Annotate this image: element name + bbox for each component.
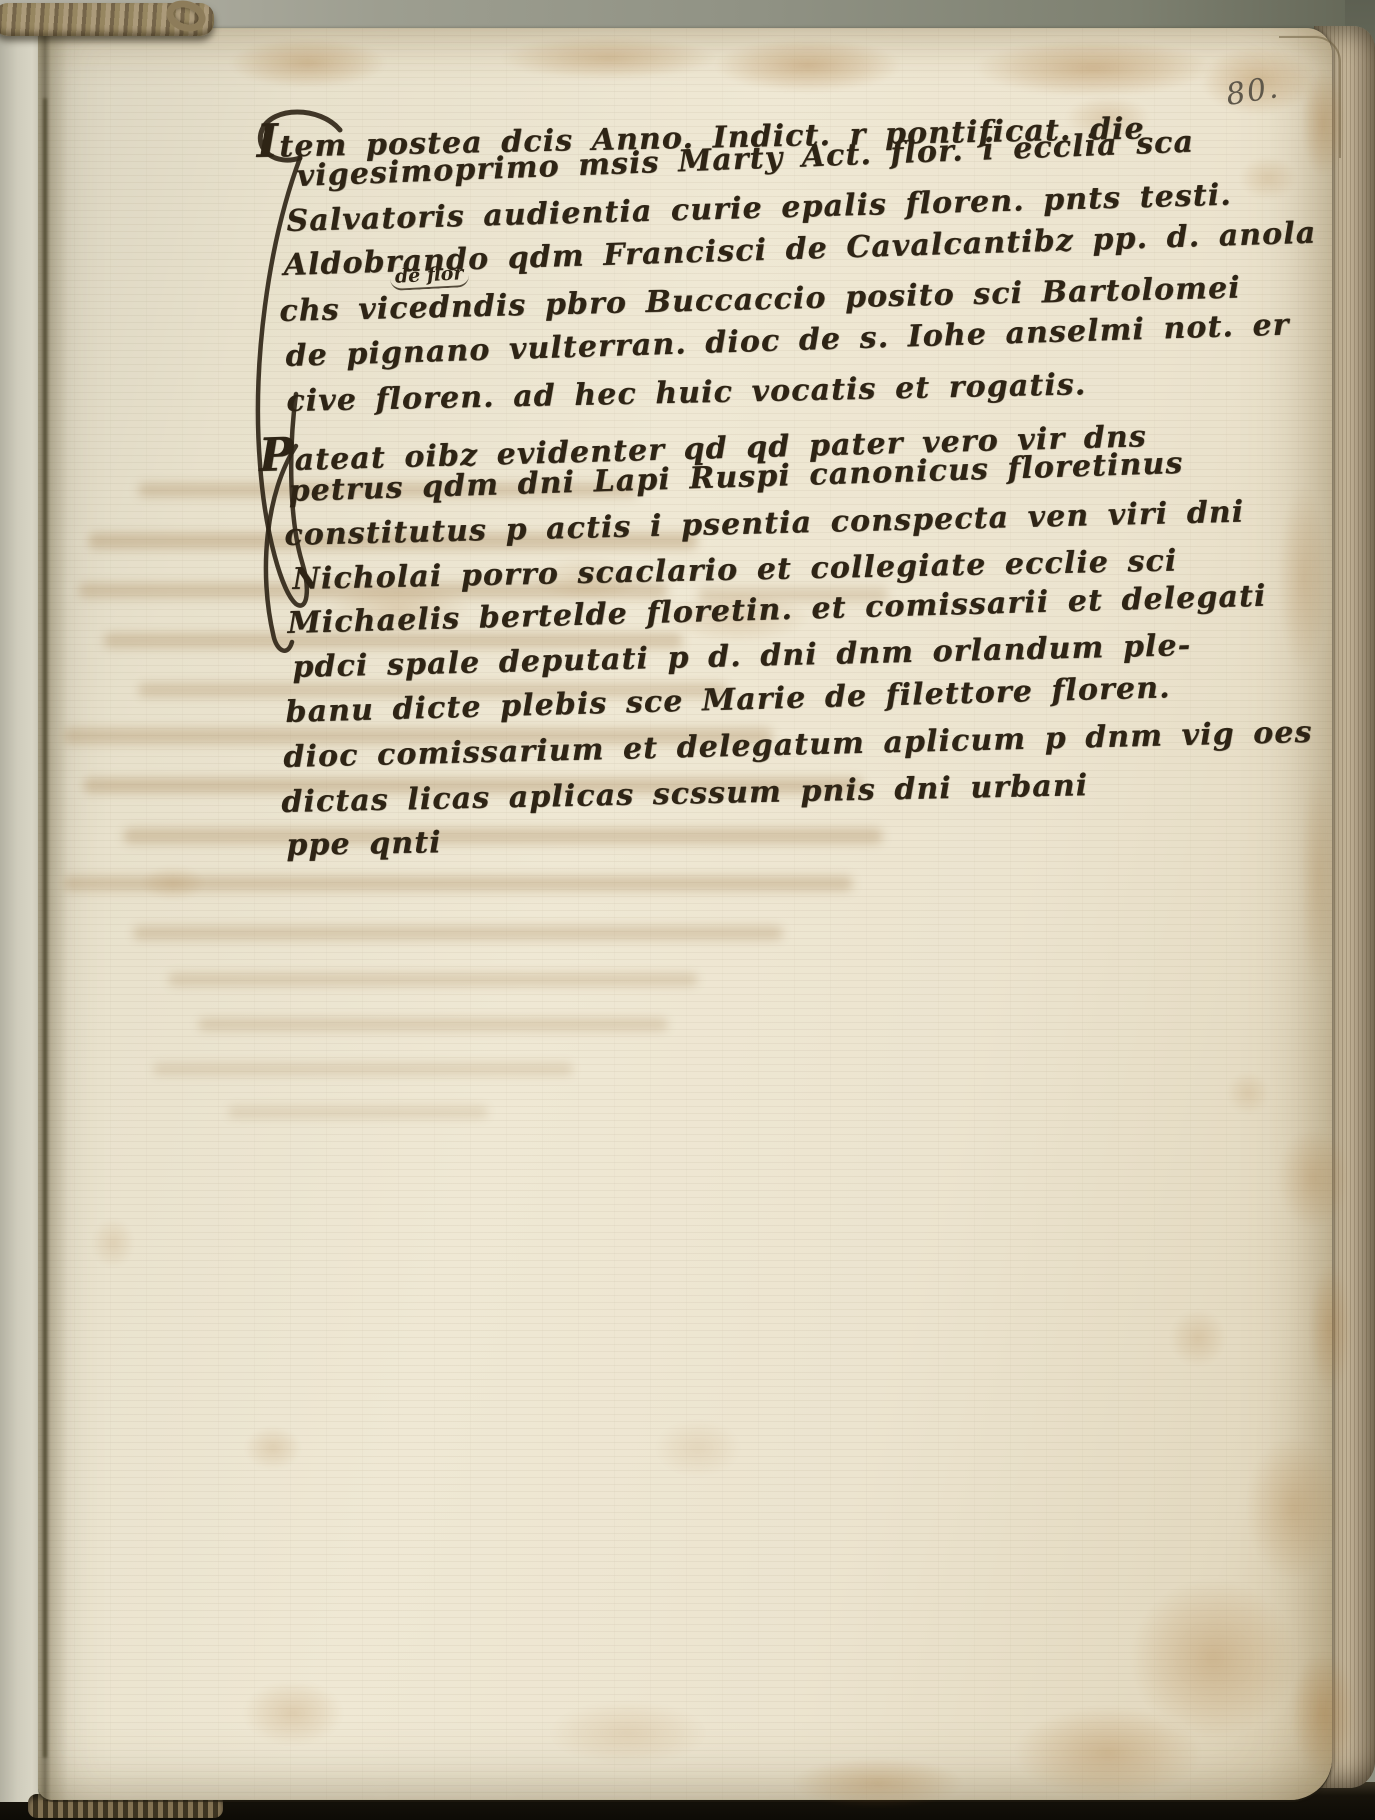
manuscript-text: de flor Item postea dcis Anno. Indict. r… [38, 28, 1332, 1800]
interlinear-note: de flor [389, 262, 469, 291]
manuscript-page: de flor Item postea dcis Anno. Indict. r… [38, 28, 1332, 1800]
headband-braid [0, 3, 214, 36]
manuscript-line: dictas licas aplicas scssum pnis dni urb… [281, 768, 1089, 820]
manuscript-scan: de flor Item postea dcis Anno. Indict. r… [0, 0, 1375, 1820]
manuscript-line: ppe qnti [286, 825, 442, 863]
